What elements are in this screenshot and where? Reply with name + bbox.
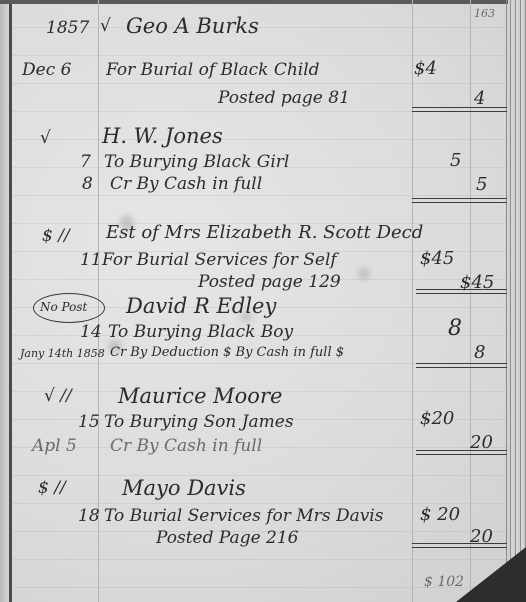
entry-date: Dec 6	[22, 60, 71, 80]
credit-amount: 4	[474, 88, 485, 109]
entry-line: For Burial of Black Child	[106, 60, 320, 80]
binding-margin-line	[9, 0, 12, 602]
debit-amount: 8	[448, 316, 462, 341]
entry-line: Cr By Deduction $ By Cash in full $	[110, 345, 344, 360]
entry-date: 11	[80, 250, 102, 270]
debit-amount: $4	[414, 58, 437, 79]
entry-name: Est of Mrs Elizabeth R. Scott Decd	[106, 222, 423, 243]
right-margin-rule	[506, 0, 507, 602]
credit-amount: 8	[474, 342, 485, 363]
entry-line: Cr By Cash in full	[110, 174, 262, 194]
entry-name: H. W. Jones	[102, 124, 223, 148]
debit-amount: $ 20	[420, 504, 460, 525]
entry-date: Apl 5	[32, 436, 77, 456]
debit-amount: $20	[420, 408, 454, 429]
page-binding	[0, 0, 9, 602]
page-number: 163	[474, 7, 495, 20]
entry-date: 18	[78, 506, 100, 526]
check-mark: √	[40, 128, 51, 148]
entry-name: Geo A Burks	[126, 14, 259, 38]
posting-note: Posted page 129	[198, 272, 341, 292]
entry-date: 14	[80, 322, 102, 342]
year: 1857	[46, 18, 89, 38]
page-corner-shadow	[456, 547, 526, 602]
top-page-edge	[0, 0, 526, 4]
check-mark: $ //	[38, 478, 66, 498]
entry-line: Cr By Cash in full	[110, 436, 262, 456]
credit-column-rule	[470, 0, 471, 602]
debit-amount: 5	[450, 150, 461, 171]
entry-date: 15	[78, 412, 100, 432]
entry-date: Jany 14th 1858	[20, 347, 105, 360]
debit-amount: $45	[420, 248, 454, 269]
entry-line: To Burial Services for Mrs Davis	[104, 506, 383, 526]
balance-rule	[412, 198, 507, 203]
ledger-page: 163 1857 √ Geo A Burks Dec 6 For Burial …	[0, 0, 526, 602]
stacked-page-edges	[508, 0, 526, 602]
entry-date: 8	[82, 174, 93, 194]
entry-name: David R Edley	[126, 294, 276, 318]
entry-name: Maurice Moore	[118, 384, 282, 408]
entry-date: 7	[80, 152, 91, 172]
balance-rule	[416, 363, 507, 368]
no-post-mark: No Post	[40, 300, 87, 314]
check-mark: $ //	[42, 226, 70, 246]
entry-line: To Burying Black Girl	[104, 152, 289, 172]
debit-column-rule	[412, 0, 413, 602]
entry-line: To Burying Son James	[104, 412, 294, 432]
posting-note: Posted Page 216	[156, 528, 299, 548]
entry-line: To Burying Black Boy	[108, 322, 293, 342]
entry-line: For Burial Services for Self	[102, 250, 337, 270]
entry-name: Mayo Davis	[122, 476, 246, 500]
posting-note: Posted page 81	[218, 88, 350, 108]
check-mark: √ //	[44, 386, 72, 406]
balance-rule	[416, 450, 507, 455]
balance-rule	[416, 289, 507, 294]
ink-stain	[358, 268, 370, 280]
balance-rule	[412, 107, 507, 112]
check-mark: √	[100, 16, 111, 36]
credit-amount: 5	[476, 174, 487, 195]
